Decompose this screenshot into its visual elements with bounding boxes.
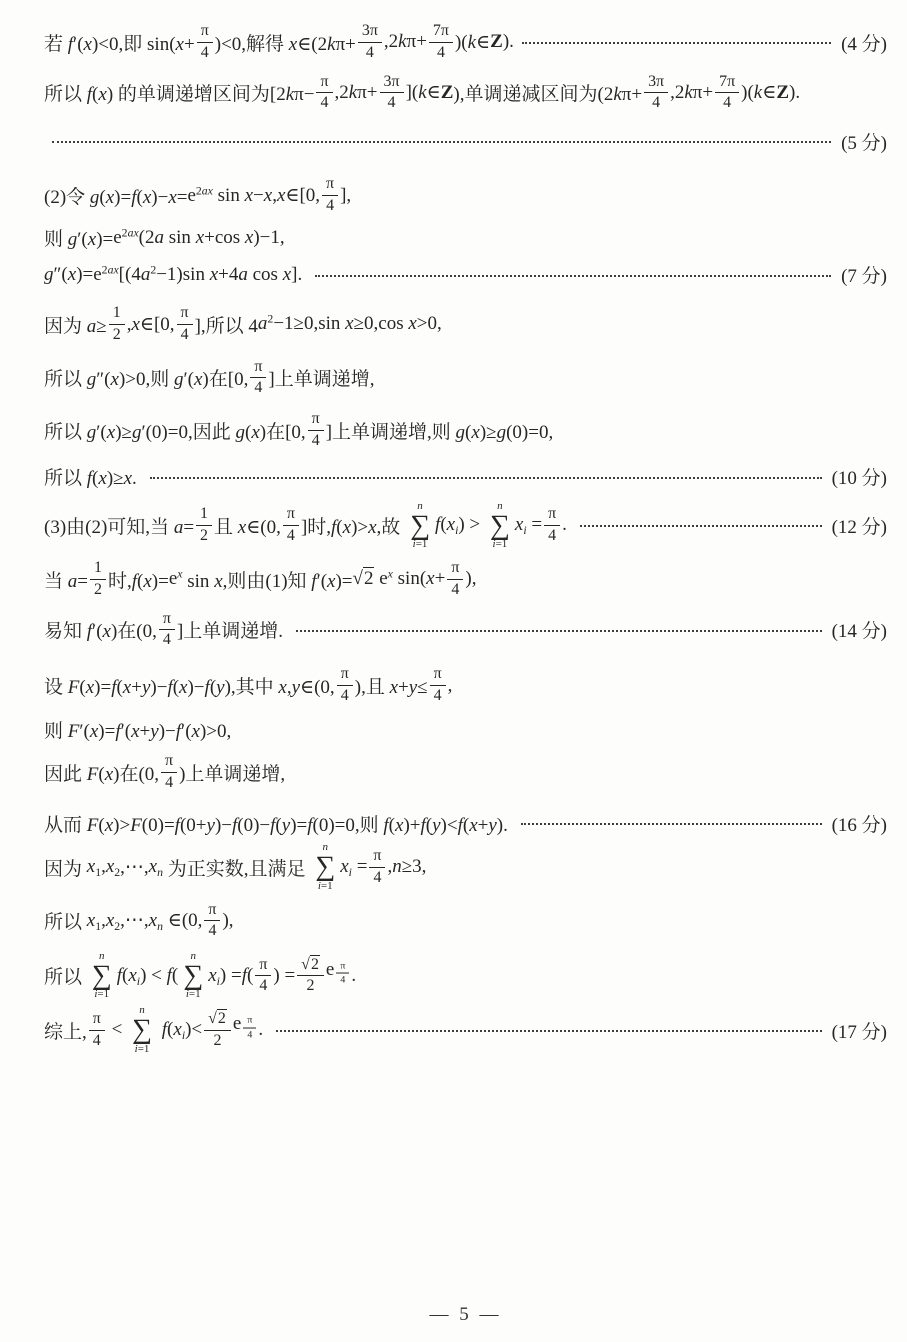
text-run: 则 g′(x)= <box>44 224 113 251</box>
power-expression: ex <box>379 568 393 590</box>
numerator: √2 <box>204 1010 231 1031</box>
text-run: 则 F′(x)=f′(x+y)−f′(x)>0, <box>44 716 231 743</box>
fraction: 12 <box>90 559 106 600</box>
dotted-leader <box>296 630 822 632</box>
fraction: π4 <box>283 505 299 546</box>
bold-symbol: Z <box>776 82 789 104</box>
sum-lower-limit: i=1 <box>413 539 428 550</box>
bold-symbol: Z <box>441 82 454 104</box>
fraction: π4 <box>197 22 213 63</box>
denominator: 4 <box>255 976 271 996</box>
subscripted-variable: xi <box>173 1019 185 1041</box>
denominator: 4 <box>719 93 735 113</box>
numerator: π <box>308 410 324 431</box>
numerator: π <box>250 358 266 379</box>
denominator: 4 <box>317 93 333 113</box>
summation-symbol: n∑i=1 <box>490 501 510 550</box>
sum-lower-limit: i=1 <box>135 1044 150 1055</box>
text-run: ), <box>222 910 233 932</box>
denominator: 4 <box>430 686 446 706</box>
fraction: π4 <box>544 505 560 546</box>
text-run: g″(x)= <box>44 264 93 286</box>
score-marker: (5 分) <box>841 128 887 155</box>
solution-line: 则 g′(x)=e2ax(2a sin x+cos x)−1, <box>44 224 887 252</box>
solution-line: 从而 F(x)>F(0)=f(0+y)−f(0)−f(y)=f(0)=0,则 f… <box>44 809 887 837</box>
subscript: i <box>523 524 526 538</box>
numerator: 7π <box>429 22 453 43</box>
text-run: )< <box>185 1019 202 1041</box>
fraction: π4 <box>369 847 385 888</box>
text-run: = <box>527 514 542 536</box>
subscripted-variable: xn <box>149 856 163 878</box>
numerator: π <box>430 665 446 686</box>
denominator: 2 <box>303 976 319 996</box>
fraction: 12 <box>109 304 125 345</box>
subscript: i <box>455 524 458 538</box>
text-run: ) =f( <box>220 965 253 987</box>
solution-line: 当 a=12时,f(x)=ex sin x,则由(1)知 f′(x)=√2 ex… <box>44 559 887 600</box>
sum-lower-limit: i=1 <box>318 881 333 892</box>
sum-lower-limit: i=1 <box>186 989 201 1000</box>
text-run: )(k∈ <box>741 81 776 104</box>
text-run: 所以 f(x) 的单调递增区间为[2kπ− <box>44 79 314 106</box>
fraction: π4 <box>447 559 463 600</box>
text-run: ]上单调递增. <box>177 616 288 643</box>
fraction: π4 <box>250 358 266 399</box>
denominator: 4 <box>177 325 193 345</box>
numerator: π <box>159 610 175 631</box>
text-run: )上单调递增, <box>179 759 285 786</box>
denominator: 4 <box>447 580 463 600</box>
power-expression: e2ax <box>187 185 212 207</box>
subscript: 2 <box>114 866 120 880</box>
text-run: sin x−x,x∈[0, <box>213 184 320 207</box>
score-marker: (17 分) <box>832 1017 887 1044</box>
numerator: 1 <box>90 559 106 580</box>
text-run: ), <box>465 568 476 590</box>
fraction: π4 <box>322 175 338 216</box>
text-run: ]上单调递增,则 g(x)≥g(0)=0, <box>326 417 553 444</box>
answer-sheet-page: 若 f′(x)<0,即 sin(x+π4)<0,解得 x∈(2kπ+3π4,2k… <box>0 0 907 1342</box>
text-run: < <box>107 1019 127 1041</box>
solution-line: 所以 g″(x)>0,则 g′(x)在[0,π4]上单调递增, <box>44 358 887 399</box>
denominator: 4 <box>384 93 400 113</box>
square-root: √2 <box>208 1009 227 1027</box>
solution-line: 所以 f(x)≥x. (10 分) <box>44 463 887 491</box>
text-run: ,2kπ+ <box>335 82 378 104</box>
square-root: √2 <box>353 568 375 590</box>
text-run: ,n≥3, <box>387 856 426 878</box>
radicand: 2 <box>217 1009 227 1027</box>
text-run: 从而 F(x)>F(0)=f(0+y)−f(0)−f(y)=f(0)=0,则 f… <box>44 810 513 837</box>
denominator: 4 <box>433 43 449 63</box>
solution-line: (2)令 g(x)=f(x)−x=e2ax sin x−x,x∈[0,π4], <box>44 175 887 216</box>
text-run: f( <box>157 1019 173 1041</box>
sigma-glyph: ∑ <box>315 853 335 880</box>
denominator: 4 <box>336 974 349 987</box>
subscript: 2 <box>114 920 120 934</box>
fraction: π4 <box>255 956 271 997</box>
fraction: π4 <box>243 1014 256 1040</box>
subscripted-variable: x2 <box>106 856 120 878</box>
numerator: π <box>316 73 332 94</box>
denominator: 4 <box>159 630 175 650</box>
bold-symbol: Z <box>490 31 503 53</box>
subscripted-variable: xi <box>447 514 459 536</box>
denominator: 4 <box>204 921 220 941</box>
numerator: π <box>243 1014 256 1028</box>
fraction: 7π4 <box>429 22 453 63</box>
subscripted-variable: xi <box>128 965 140 987</box>
square-root: √2 <box>301 955 320 973</box>
denominator: 2 <box>90 580 106 600</box>
numerator: π <box>544 505 560 526</box>
text-run: −1)sin x+4a cos x]. <box>156 264 307 286</box>
text-run: 因为 <box>44 854 87 881</box>
denominator: 4 <box>308 431 324 451</box>
denominator: 4 <box>197 43 213 63</box>
dotted-leader <box>580 525 822 527</box>
text-run: ],所以 4 <box>195 311 258 338</box>
fraction: 3π4 <box>644 73 668 114</box>
text-run: ),且 x+y≤ <box>355 672 428 699</box>
text-run: ,x∈[0, <box>127 313 175 336</box>
numerator: π <box>255 956 271 977</box>
subscripted-variable: x2 <box>106 910 120 932</box>
text-run: 因为 a≥ <box>44 311 107 338</box>
score-marker: (12 分) <box>832 512 887 539</box>
summation-symbol: n∑i=1 <box>92 951 112 1000</box>
text-run: ,⋯, <box>120 856 149 879</box>
subscripted-variable: x1 <box>87 856 101 878</box>
radicand: 2 <box>310 955 320 973</box>
numerator: π <box>322 175 338 196</box>
numerator: π <box>197 22 213 43</box>
superscript: 2ax <box>102 263 119 277</box>
text-run: )<0,解得 x∈(2kπ+ <box>215 29 356 56</box>
text-run: 且 x∈(0, <box>214 512 281 539</box>
numerator: 3π <box>644 73 668 94</box>
solution-line: 易知 f′(x)在(0,π4]上单调递增. (14 分) <box>44 610 887 651</box>
numerator: π <box>204 901 220 922</box>
text-run: 若 f′(x)<0,即 sin(x+ <box>44 29 195 56</box>
superscript: x <box>177 568 182 582</box>
text-run: 所以 g′(x)≥g′(0)=0,因此 g(x)在[0, <box>44 417 306 444</box>
dotted-leader <box>52 141 831 143</box>
text-run: 所以 g″(x)>0,则 g′(x)在[0, <box>44 364 248 391</box>
text-run: 所以 f(x)≥x. <box>44 463 142 490</box>
subscript: i <box>137 975 140 989</box>
numerator: 3π <box>380 73 404 94</box>
text-run: 设 F(x)=f(x+y)−f(x)−f(y),其中 x,y∈(0, <box>44 672 335 699</box>
summation-symbol: n∑i=1 <box>183 951 203 1000</box>
text-run: f( <box>435 514 447 536</box>
summation-symbol: n∑i=1 <box>315 842 335 891</box>
denominator: 4 <box>369 868 385 888</box>
solution-line: 所以 g′(x)≥g′(0)=0,因此 g(x)在[0,π4]上单调递增,则 g… <box>44 410 887 451</box>
sigma-glyph: ∑ <box>183 962 203 989</box>
superscript: π4 <box>241 1012 258 1040</box>
numerator: π <box>369 847 385 868</box>
denominator: 4 <box>544 526 560 546</box>
score-marker: (14 分) <box>832 616 887 643</box>
numerator: π <box>161 752 177 773</box>
dotted-leader <box>276 1030 822 1032</box>
denominator: 2 <box>210 1031 226 1051</box>
sigma-glyph: ∑ <box>92 962 112 989</box>
text-run: , <box>448 675 453 697</box>
power-expression: eπ4 <box>326 959 351 993</box>
text-run: ) > <box>458 514 485 536</box>
text-run: ). <box>503 31 514 53</box>
numerator: 7π <box>715 73 739 94</box>
superscript: x <box>388 568 393 582</box>
subscripted-variable: xi <box>340 856 352 878</box>
radicand: 2 <box>363 567 375 589</box>
solution-line: 则 F′(x)=f′(x+y)−f′(x)>0, <box>44 716 887 744</box>
text-run: (2a sin x+cos x)−1, <box>139 227 285 249</box>
numerator: π <box>89 1010 105 1031</box>
text-run: 易知 f′(x)在(0, <box>44 616 157 643</box>
sum-lower-limit: i=1 <box>94 989 109 1000</box>
text-run: ∈(0, <box>163 909 202 932</box>
superscript: π4 <box>334 958 351 986</box>
superscript: 2 <box>150 263 156 277</box>
fraction: 3π4 <box>358 22 382 63</box>
denominator: 4 <box>250 378 266 398</box>
numerator: 1 <box>109 304 125 325</box>
text-run: ) = <box>273 965 295 987</box>
fraction: π4 <box>336 960 349 986</box>
fraction: 7π4 <box>715 73 739 114</box>
numerator: √2 <box>297 956 324 977</box>
text-run: 综上, <box>44 1017 87 1044</box>
sigma-glyph: ∑ <box>410 512 430 539</box>
text-run: [(4 <box>119 264 141 286</box>
denominator: 4 <box>161 773 177 793</box>
fraction: π4 <box>89 1010 105 1051</box>
sigma-glyph: ∑ <box>490 512 510 539</box>
fraction: √22 <box>204 1010 231 1051</box>
solution-line: 所以 n∑i=1f(xi) < f(n∑i=1xi) =f(π4) =√22eπ… <box>44 951 887 1000</box>
numerator: π <box>337 665 353 686</box>
solution-line: (3)由(2)可知,当 a=12且 x∈(0,π4]时,f(x)>x,故 n∑i… <box>44 501 887 550</box>
denominator: 4 <box>89 1031 105 1051</box>
fraction: π4 <box>308 410 324 451</box>
subscript: n <box>157 866 163 880</box>
denominator: 2 <box>196 526 212 546</box>
subscripted-variable: x1 <box>87 910 101 932</box>
text-run: (2)令 g(x)=f(x)−x= <box>44 182 187 209</box>
numerator: 1 <box>196 505 212 526</box>
denominator: 4 <box>648 93 664 113</box>
solution-line: g″(x)=e2ax[(4a2−1)sin x+4a cos x]. (7 分) <box>44 261 887 289</box>
solution-line: 综上,π4 < n∑i=1 f(xi)<√22eπ4. (17 分) <box>44 1005 887 1054</box>
fraction: 12 <box>196 505 212 546</box>
fraction: π4 <box>204 901 220 942</box>
sigma-glyph: ∑ <box>132 1016 152 1043</box>
text-run: sin x,则由(1)知 f′(x)= <box>183 566 353 593</box>
score-marker: (4 分) <box>841 29 887 56</box>
text-run: 为正实数,且满足 <box>163 854 310 881</box>
numerator: π <box>283 505 299 526</box>
fraction: √22 <box>297 956 324 997</box>
dotted-leader <box>522 42 831 44</box>
dotted-leader <box>521 823 822 825</box>
fraction: π4 <box>430 665 446 706</box>
text-run: sin(x+ <box>393 568 445 590</box>
solution-line: 设 F(x)=f(x+y)−f(x)−f(y),其中 x,y∈(0,π4),且 … <box>44 665 887 706</box>
power-expression: e2ax <box>113 227 138 249</box>
subscript: i <box>182 1029 185 1043</box>
superscript: 2 <box>267 313 273 327</box>
text-run: ),单调递减区间为(2kπ+ <box>453 79 642 106</box>
subscript: 1 <box>95 920 101 934</box>
text-run: 所以 <box>44 962 87 989</box>
denominator: 2 <box>109 325 125 345</box>
text-run: . <box>351 965 356 987</box>
subscript: i <box>349 866 352 880</box>
text-run: −1≥0,sin x≥0,cos x>0, <box>273 313 441 335</box>
text-run: . <box>562 514 572 536</box>
denominator: 4 <box>322 196 338 216</box>
score-marker: (16 分) <box>832 810 887 837</box>
text-run: ], <box>340 185 351 207</box>
solution-line: 所以 f(x) 的单调递增区间为[2kπ−π4,2kπ+3π4](k∈Z),单调… <box>44 73 887 114</box>
text-run: ) < f( <box>140 965 178 987</box>
solution-line: 因为 x1,x2,⋯,xn 为正实数,且满足 n∑i=1xi =π4,n≥3, <box>44 842 887 891</box>
text-run: ]上单调递增, <box>268 364 374 391</box>
fraction: π4 <box>161 752 177 793</box>
denominator: 4 <box>283 526 299 546</box>
superscript: 2ax <box>122 226 139 240</box>
sum-lower-limit: i=1 <box>493 539 508 550</box>
summation-symbol: n∑i=1 <box>410 501 430 550</box>
text-run: ,2kπ+ <box>670 82 713 104</box>
power-expression: ex <box>169 568 183 590</box>
numerator: π <box>336 960 349 974</box>
solution-line: 所以 x1,x2,⋯,xn ∈(0,π4), <box>44 901 887 942</box>
text-run: f( <box>117 965 129 987</box>
text-run: ,2kπ+ <box>384 31 427 53</box>
denominator: 4 <box>337 686 353 706</box>
subscript: 1 <box>95 866 101 880</box>
numerator: π <box>447 559 463 580</box>
text-run: = <box>352 856 367 878</box>
denominator: 4 <box>243 1028 256 1041</box>
power-expression: e2ax <box>93 264 118 286</box>
subscript: i <box>217 975 220 989</box>
text-run: 因此 F(x)在(0, <box>44 759 159 786</box>
text-run: ](k∈ <box>406 81 441 104</box>
text-run: 时,f(x)= <box>108 566 169 593</box>
power-expression: eπ4 <box>233 1013 258 1047</box>
summation-symbol: n∑i=1 <box>132 1005 152 1054</box>
score-marker: (10 分) <box>832 463 887 490</box>
text-run: (3)由(2)可知,当 a= <box>44 512 194 539</box>
text-run: ,⋯, <box>120 909 149 932</box>
denominator: 4 <box>362 43 378 63</box>
dotted-leader <box>150 477 822 479</box>
subscripted-variable: xn <box>149 910 163 932</box>
fraction: 3π4 <box>380 73 404 114</box>
power-expression: a2 <box>258 313 273 335</box>
fraction: π4 <box>337 665 353 706</box>
power-expression: a2 <box>141 264 156 286</box>
page-number: — 5 — <box>44 1304 887 1326</box>
dotted-leader <box>315 275 831 277</box>
fraction: π4 <box>316 73 332 114</box>
text-run: 所以 <box>44 907 87 934</box>
solution-content: 若 f′(x)<0,即 sin(x+π4)<0,解得 x∈(2kπ+3π4,2k… <box>44 20 887 1055</box>
numerator: 3π <box>358 22 382 43</box>
fraction: π4 <box>177 304 193 345</box>
solution-line: (5 分) <box>44 127 887 155</box>
subscripted-variable: xi <box>208 965 220 987</box>
solution-line: 因为 a≥12,x∈[0,π4],所以 4a2−1≥0,sin x≥0,cos … <box>44 304 887 345</box>
numerator: π <box>177 304 193 325</box>
text-run: 当 a= <box>44 566 88 593</box>
subscript: n <box>157 920 163 934</box>
fraction: π4 <box>159 610 175 651</box>
text-run: . <box>258 1019 268 1041</box>
solution-line: 若 f′(x)<0,即 sin(x+π4)<0,解得 x∈(2kπ+3π4,2k… <box>44 22 887 63</box>
text-run: )(k∈ <box>455 31 490 54</box>
text-run: ]时,f(x)>x,故 <box>301 512 405 539</box>
subscripted-variable: xi <box>515 514 527 536</box>
solution-line: 因此 F(x)在(0,π4)上单调递增, <box>44 752 887 793</box>
text-run: ). <box>789 82 800 104</box>
score-marker: (7 分) <box>841 261 887 288</box>
superscript: 2ax <box>196 184 213 198</box>
